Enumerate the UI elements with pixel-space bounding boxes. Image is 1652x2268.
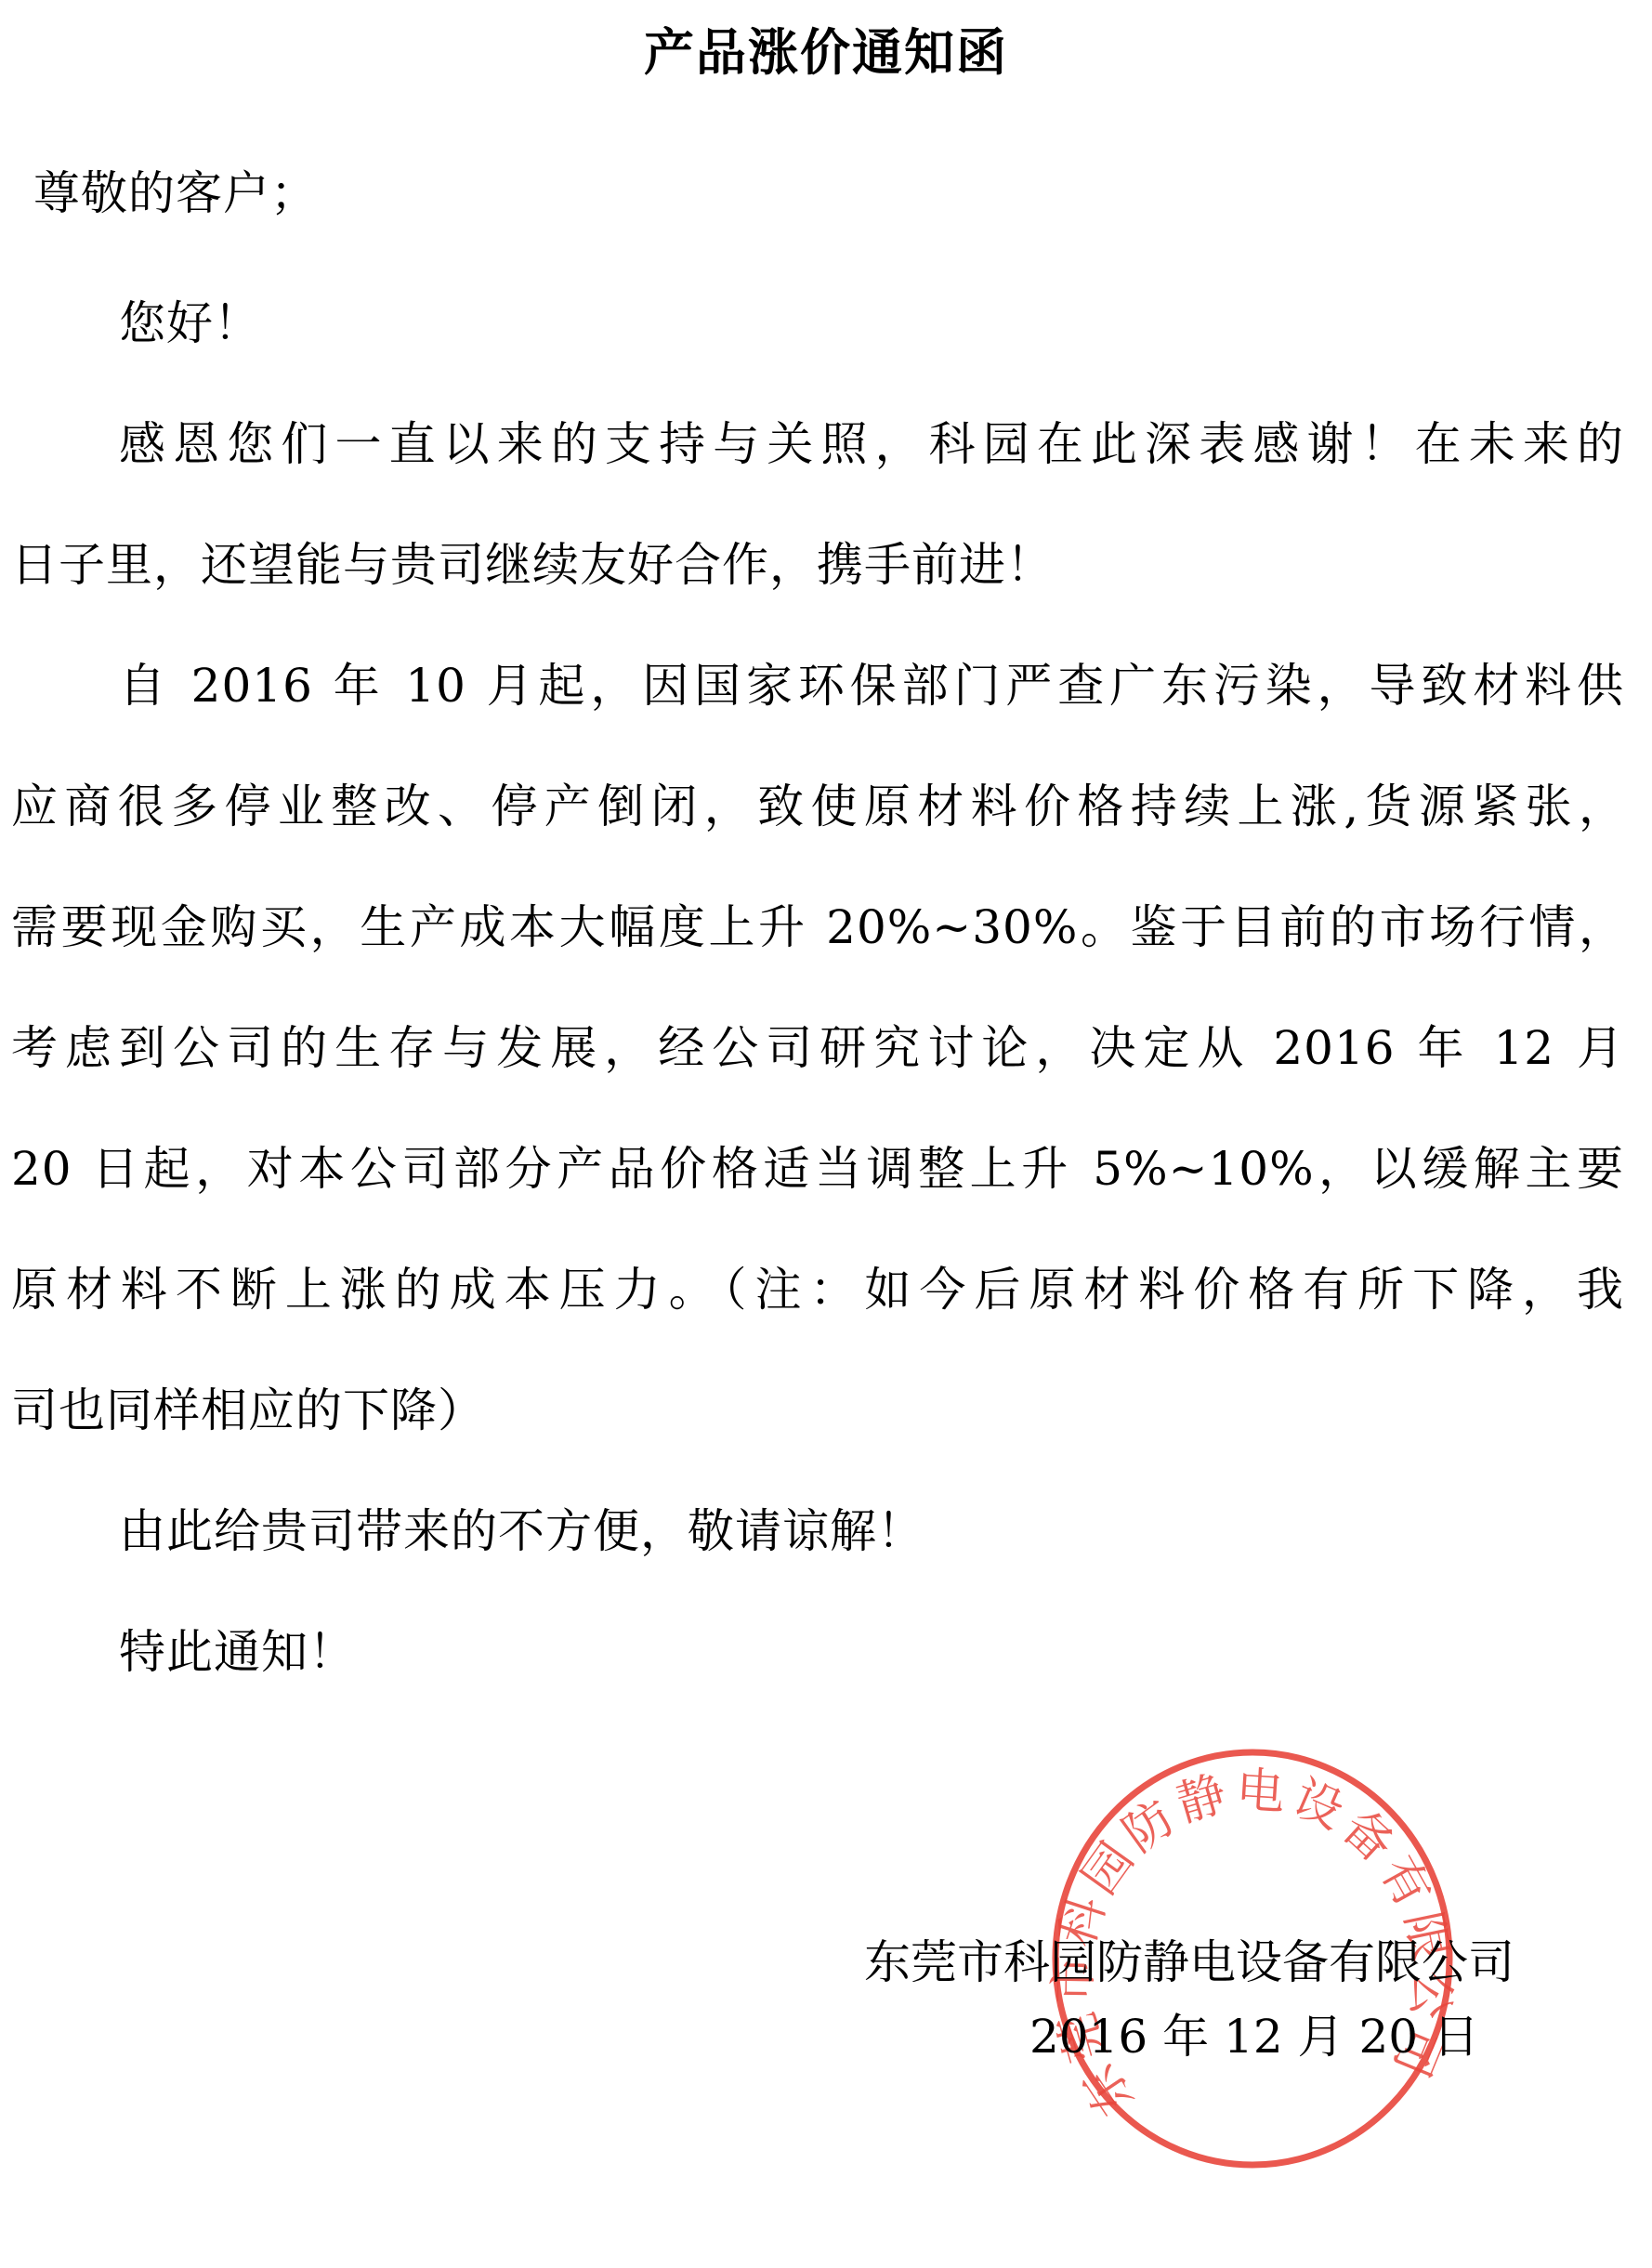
closing-line: 特此通知！ <box>119 1624 1652 1680</box>
signature-company: 东莞市科园防静电设备有限公司 <box>864 1934 1514 1990</box>
paragraph-line: 司也同样相应的下降） <box>11 1383 1646 1438</box>
document-title: 产品涨价通知函 <box>0 13 1652 85</box>
greeting: 您好！ <box>119 295 1652 351</box>
salutation: 尊敬的客户； <box>33 165 1652 221</box>
paragraph-line: 应商很多停业整改、停产倒闭，致使原材料价格持续上涨,货源紧张， <box>11 779 1626 834</box>
paragraph-line: 感恩您们一直以来的支持与关照，科园在此深表感谢！在未来的 <box>119 416 1624 472</box>
paragraph-line: 自 2016 年 10 月起，因国家环保部门严查广东污染，导致材料供 <box>119 658 1624 714</box>
paragraph-line: 原材料不断上涨的成本压力。（注：如今后原材料价格有所下降，我 <box>11 1262 1624 1318</box>
paragraph-line: 考虑到公司的生存与发展，经公司研究讨论，决定从 2016 年 12 月 <box>11 1020 1624 1076</box>
signature-date: 2016 年 12 月 20 日 <box>1029 2009 1479 2065</box>
apology-line: 由此给贵司带来的不方便，敬请谅解！ <box>119 1503 1652 1559</box>
paragraph-line: 需要现金购买，生产成本大幅度上升 20%~30%。鉴于目前的市场行情， <box>11 899 1626 955</box>
paragraph-line: 日子里，还望能与贵司继续友好合作，携手前进！ <box>11 537 1646 593</box>
paragraph-line: 20 日起，对本公司部分产品价格适当调整上升 5%~10%，以缓解主要 <box>11 1141 1624 1197</box>
